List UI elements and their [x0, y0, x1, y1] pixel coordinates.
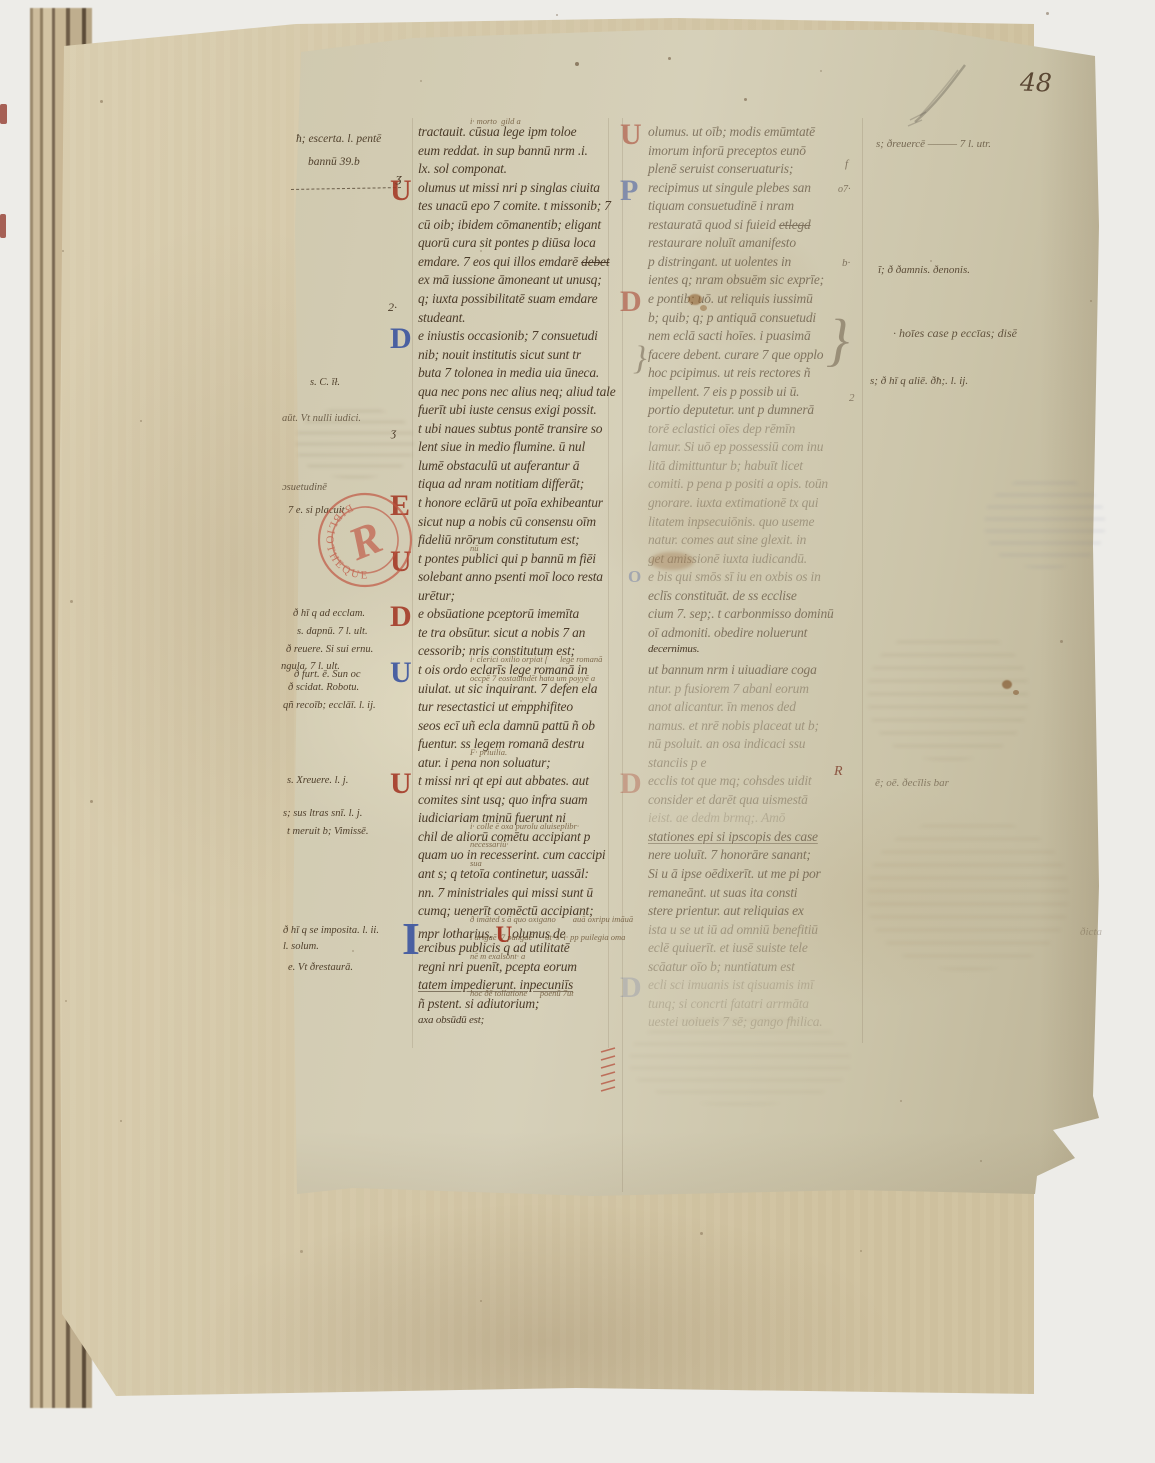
manuscript-text-line: eclē quiuerīt. et iusē suiste tele [648, 940, 808, 956]
margin-gloss-left: ð furt. ē. Sun oc [294, 669, 361, 680]
line-text: namus. et nrē nobis placeat ut b; [648, 718, 819, 733]
stain-speck [120, 1120, 122, 1122]
stain-speck [668, 57, 671, 60]
column-ruling-line [622, 118, 623, 1192]
manuscript-text-line: nn. 7 ministriales qui missi sunt ū [418, 885, 593, 901]
line-text: consider et darēt qua uismestā [648, 792, 808, 807]
stain-speck [480, 1300, 482, 1302]
illuminated-initial: O [628, 568, 641, 585]
stain-speck [820, 70, 822, 72]
line-text: imorum inforū preceptos eunō [648, 143, 806, 158]
manuscript-text-line: fuerīt ubi iuste census exigi possit. [418, 402, 597, 418]
manuscript-text-line: hoc pcipimus. ut reis rectores ñ [648, 365, 810, 381]
manuscript-text-line: te tra obsūtur. sicut a nobis 7 an [418, 625, 585, 641]
line-text: ecclis tot que mq; cohsdes uidit [648, 773, 811, 788]
line-text: nū psoluit. an osa indicaci ssu [648, 736, 805, 751]
line-text: nere uoluīt. 7 honorāre sanant; [648, 847, 811, 862]
scribal-mark: 2· [388, 300, 397, 315]
manuscript-text-line: scāatur oīo b; nuntiatum est [648, 959, 795, 975]
manuscript-text-line: lent siue in medio flumine. ū nul [418, 439, 585, 455]
manuscript-text-line: Uolumus. ut oīb; modis emūmtatē [648, 124, 815, 140]
line-text: e pontib; uō. ut reliquis iussimū [648, 291, 813, 306]
line-text: lx. sol componat. [418, 161, 507, 176]
manuscript-text-line: eum reddat. in sup bannū nrm .i. [418, 143, 588, 159]
manuscript-text-line: lx. sol componat. [418, 161, 507, 177]
interlinear-gloss: necessariū· [470, 839, 508, 849]
ink-stain [1013, 690, 1019, 695]
manuscript-text-line: i· morto gild atractauit. cūsua lege ipm… [418, 124, 576, 140]
stain-speck [100, 100, 103, 103]
stain-speck [556, 14, 558, 16]
line-text: ientes q; nram obsuēm sic exprīe; [648, 272, 824, 287]
manuscript-text-line: comites sint usq; quo infra suam [418, 792, 587, 808]
manuscript-text-line: nē m exalsont· aregni nri puenīt, pcepta… [418, 959, 577, 975]
line-text: regni nri puenīt, pcepta eorum [418, 959, 577, 974]
manuscript-text-line: De obsūatione pceptorū imemīta [418, 606, 579, 622]
line-text: recipimus ut singule plebes san [648, 180, 811, 195]
illuminated-initial: D [620, 973, 641, 1003]
ink-stain [1002, 680, 1012, 689]
line-text: lamur. Si uō ep possessiū com inu [648, 439, 823, 454]
interlinear-gloss: nē m exalsont· a [470, 951, 525, 961]
manuscript-text-line: q; iuxta possibilitatē suam emdare [418, 291, 597, 307]
line-text: e obsūatione pceptorū imemīta [418, 606, 579, 621]
pencil-marks [880, 50, 1000, 140]
line-text: facere debent. curare 7 que opplo [648, 347, 823, 362]
red-edge-mark-bottom [0, 214, 6, 238]
line-text: qua nec pons nec alius neq; aliud tale [418, 384, 615, 399]
manuscript-text-line: axa obsūdū est; [418, 1014, 484, 1026]
line-text: comites sint usq; quo infra suam [418, 792, 587, 807]
line-text: fideliū nrōrum constitutum est; [418, 532, 579, 547]
line-text: quam uo in recesserint. cum caccipi [418, 847, 605, 862]
line-text-segment: debet [581, 254, 609, 269]
line-text: litā dimittuntur b; habuīt licet [648, 458, 803, 473]
line-text: t honore eclārū ut poīa exhibeantur [418, 495, 603, 510]
line-text: axa obsūdū est; [418, 1014, 484, 1026]
ink-stain [688, 294, 702, 305]
interlinear-gloss: hoc ðē tollatione poenū 7ut [470, 988, 574, 998]
manuscript-text-line: tiquam consuetudinē i nram [648, 198, 794, 214]
manuscript-text-line: decernimus. [648, 643, 699, 655]
manuscript-text-line: stanciis p e [648, 755, 706, 771]
column-ruling-line [862, 118, 863, 1043]
scribal-mark: ʒ [396, 170, 402, 186]
stamp-monogram: R [340, 511, 388, 570]
ink-stain [700, 305, 707, 311]
manuscript-text-line: litatem inpsecuiōnis. quo useme [648, 514, 814, 530]
line-text: te tra obsūtur. sicut a nobis 7 an [418, 625, 585, 640]
line-text: p distringant. ut uolentes in [648, 254, 791, 269]
line-text: buta 7 tolonea in media uia ūneca. [418, 365, 599, 380]
manuscript-text-line: b; quib; q; p antiquā consuetudi [648, 310, 816, 326]
line-text: litatem inpsecuiōnis. quo useme [648, 514, 814, 529]
manuscript-text-line: torē eclastici oīes dep rēmīn [648, 421, 795, 437]
illuminated-initial: D [390, 602, 411, 632]
line-text: nn. 7 ministriales qui missi sunt ū [418, 885, 593, 900]
manuscript-text-line: sicut nup a nobis cū consensu oīm [418, 514, 596, 530]
interlinear-gloss: occpē 7 eostaumdēt hata um poyyē a [470, 673, 595, 683]
scribal-mark: f [845, 158, 848, 170]
line-text: ex mā iussione āmoneant ut unusq; [418, 272, 602, 287]
line-text: tes unacū epo 7 comite. t missonib; 7 [418, 198, 611, 213]
margin-gloss-left: s. Xreuere. l. j. [287, 775, 348, 786]
stain-speck [420, 80, 422, 82]
line-text: uiulat. ut sic inquirant. 7 defen ela [418, 681, 597, 696]
scribal-mark: o7· [838, 184, 851, 195]
margin-gloss-left: ð hī q ad ecclam. [293, 608, 365, 619]
manuscript-text-line: anot alicantur. īn menos ded [648, 699, 796, 715]
line-text: olumus ut missi nri p singlas ciuita [418, 180, 600, 195]
manuscript-text-line: cium 7. sep;. t carbonmisso dominū [648, 606, 834, 622]
manuscript-text-line: Uolumus ut missi nri p singlas ciuita [418, 180, 600, 196]
illuminated-initial: U [390, 658, 411, 688]
line-text: anot alicantur. īn menos ded [648, 699, 796, 714]
manuscript-text-line: t ubi naues subtus pontē transire so [418, 421, 602, 437]
interlinear-gloss: F· priuilia. [470, 747, 507, 757]
red-hatch-mark [598, 1046, 620, 1092]
manuscript-text-line: occpē 7 eostaumdēt hata um poyyē auiulat… [418, 681, 597, 697]
manuscript-text-line: quorū cura sit pontes p diūsa loca [418, 235, 596, 251]
manuscript-text-line: stationes epi si ipscopis des case [648, 829, 818, 845]
line-text: atur. i pena non soluatur; [418, 755, 550, 770]
line-text: scāatur oīo b; nuntiatum est [648, 959, 795, 974]
line-text: natur. comes aut sine glexit. in [648, 532, 806, 547]
line-text: eclē quiuerīt. et iusē suiste tele [648, 940, 808, 955]
manuscript-text-line: eclīs constituāt. de ss ecclise [648, 588, 797, 604]
manuscript-text-line: hoc ðē tollatione poenū 7utñ pstent. si … [418, 996, 539, 1012]
line-text: urētur; [418, 588, 455, 603]
illuminated-initial: P [620, 176, 638, 206]
line-text: stationes epi si ipscopis des case [648, 829, 818, 844]
manuscript-text-line: uestei uoiueis 7 sē; gango fhilica. [648, 1014, 822, 1030]
manuscript-text-line: Ut missi nri qt epi aut abbates. aut [418, 773, 589, 789]
manuscript-text-line: namus. et nrē nobis placeat ut b; [648, 718, 819, 734]
line-text: stere prientur. aut reliquias ex [648, 903, 804, 918]
line-text: eclīs constituāt. de ss ecclise [648, 588, 797, 603]
manuscript-text-line: lumē obstaculū ut auferantur ā [418, 458, 579, 474]
interlinear-gloss: nū [470, 543, 479, 553]
line-text: t ubi naues subtus pontē transire so [418, 421, 602, 436]
stain-speck [744, 98, 747, 101]
ghost-smudge [985, 478, 1105, 568]
line-text: e bis qui smōs sī iu en oxbis os in [648, 569, 821, 584]
margin-gloss-right: ðicta [1080, 926, 1102, 938]
manuscript-text-line: restaurare noluīt amanifesto [648, 235, 796, 251]
stain-speck [860, 1250, 862, 1252]
manuscript-text-line: buta 7 tolonea in media uia ūneca. [418, 365, 599, 381]
line-text: studeant. [418, 310, 465, 325]
stain-speck [62, 250, 64, 252]
manuscript-text-line: facere debent. curare 7 que opplo [648, 347, 823, 363]
manuscript-text-line: consider et darēt qua uismestā [648, 792, 808, 808]
line-text: ntur. p fusiorem 7 abanl eorum [648, 681, 809, 696]
manuscript-text-line: tiqua ad nram notitiam differāt; [418, 476, 584, 492]
manuscript-text-line: De pontib; uō. ut reliquis iussimū [648, 291, 813, 307]
manuscript-text-line: impellent. 7 eis p possib ui ū. [648, 384, 799, 400]
interlinear-gloss: ð imāted s ā quo oxigano auā oxripu imāu… [470, 914, 633, 924]
margin-gloss-left: ɔsuetudinē [282, 482, 327, 493]
line-text: gnorare. iuxta extimationē tx qui [648, 495, 818, 510]
manuscript-text-line: studeant. [418, 310, 465, 326]
line-text: t pontes publici qui p bannū m fiēi [418, 551, 596, 566]
manuscript-text-line: restauratā quod si fuieid etlegd [648, 217, 811, 233]
manuscript-text-line: suaant s; q tetoīa continetur, uassāl: [418, 866, 589, 882]
ink-stain [650, 552, 694, 570]
stain-speck [1046, 12, 1049, 15]
illuminated-initial: D [620, 769, 641, 799]
scribal-mark: ʒ [391, 425, 396, 440]
stain-speck [140, 420, 142, 422]
manuscript-text-line: cū oib; ibidem cōmanentib; eligant [418, 217, 601, 233]
line-text: restaurare noluīt amanifesto [648, 235, 796, 250]
manuscript-text-line: De iniustis occasionib; 7 consuetudi [418, 328, 598, 344]
stain-speck [352, 950, 354, 952]
manuscript-text-line: Decli sci imuanis ist qisuamis imī [648, 977, 814, 993]
stain-speck [575, 62, 579, 66]
line-text: tur resectastici ut empphifiteo [418, 699, 573, 714]
ghost-smudge [868, 630, 1028, 760]
manuscript-text-line: gnorare. iuxta extimationē tx qui [648, 495, 818, 511]
stain-speck [1060, 640, 1063, 643]
manuscript-text-line: nere uoluīt. 7 honorāre sanant; [648, 847, 811, 863]
scribal-mark: } [826, 306, 849, 373]
line-text: olumus. ut oīb; modis emūmtatē [648, 124, 815, 139]
line-text: fuerīt ubi iuste census exigi possit. [418, 402, 597, 417]
line-text: torē eclastici oīes dep rēmīn [648, 421, 795, 436]
manuscript-text-line: p distringant. ut uolentes in [648, 254, 791, 270]
stain-speck [480, 250, 482, 252]
interlinear-gloss: sua [470, 858, 482, 868]
margin-gloss-left: s. dapnū. 7 l. ult. [297, 626, 368, 637]
margin-gloss-left: s; sus ltras snī. l. j. [283, 808, 362, 819]
manuscript-text-line: Si u ā ipse oēdixerīt. ut me pi por [648, 866, 821, 882]
stain-speck [90, 800, 93, 803]
manuscript-text-line: ex mā iussione āmoneant ut unusq; [418, 272, 602, 288]
manuscript-text-line: Et honore eclārū ut poīa exhibeantur [418, 495, 603, 511]
line-text: nem eclā sacti hoīes. i puasimā [648, 328, 811, 343]
stain-speck [700, 1232, 703, 1235]
line-text: ista u se ut iū ad omniū benefitiū [648, 922, 818, 937]
illuminated-initial: D [620, 287, 641, 317]
interlinear-gloss: i· morto gild a [470, 116, 521, 126]
line-text: cium 7. sep;. t carbonmisso dominū [648, 606, 834, 621]
line-text: ant s; q tetoīa continetur, uassāl: [418, 866, 589, 881]
stain-speck [900, 1100, 902, 1102]
manuscript-text-line: qua nec pons nec alius neq; aliud tale [418, 384, 615, 400]
manuscript-scan: 48 BIBLIOTHEQUE R i· morto gild atractau… [0, 0, 1155, 1463]
line-text: sicut nup a nobis cū consensu oīm [418, 514, 596, 529]
manuscript-text-line: comiti. p pena p positi a opis. toūn [648, 476, 828, 492]
margin-gloss-left: s. C. īł. [310, 377, 340, 388]
line-text: comiti. p pena p positi a opis. toūn [648, 476, 828, 491]
margin-gloss-left: ð reuere. Si sui ernu. [286, 644, 373, 655]
manuscript-text-line: portio deputetur. unt p dumnerā [648, 402, 814, 418]
line-text: emdare. 7 eos qui illos emdarē [418, 254, 581, 269]
line-text: portio deputetur. unt p dumnerā [648, 402, 814, 417]
manuscript-text-line: Unūt pontes publici qui p bannū m fiēi [418, 551, 596, 567]
stain-speck [70, 600, 73, 603]
manuscript-text-line: emdare. 7 eos qui illos emdarē debet [418, 254, 609, 270]
line-text-segment: etlegd [779, 217, 811, 232]
margin-gloss-right: ē; oē. ðecīlis bar [875, 777, 949, 789]
line-text: b; quib; q; p antiquā consuetudi [648, 310, 816, 325]
manuscript-text-line: Precipimus ut singule plebes san [648, 180, 811, 196]
line-text: impellent. 7 eis p possib ui ū. [648, 384, 799, 399]
scribal-mark: b· [842, 257, 850, 269]
line-text: ieist. ae dedm brmq;. Amō [648, 810, 785, 825]
margin-gloss-right: s; ð hī q aliē. ðħ;. l. ij. [870, 375, 968, 387]
manuscript-text-line: remaneānt. ut suas ita consti [648, 885, 797, 901]
margin-gloss-left: ð scidat. Robotu. [288, 682, 359, 693]
line-text: solebant anno psenti moī loco resta [418, 569, 603, 584]
illuminated-initial: D [390, 324, 411, 354]
manuscript-text-line: fideliū nrōrum constitutum est; [418, 532, 579, 548]
manuscript-text-line: necessariū·quam uo in recesserint. cum c… [418, 847, 605, 863]
line-text: ñ pstent. si adiutorium; [418, 996, 539, 1011]
margin-gloss-left: e. Vt ðrestaurā. [288, 962, 353, 973]
manuscript-text-line: tur resectastici ut empphifiteo [418, 699, 573, 715]
manuscript-text-line: ientes q; nram obsuēm sic exprīe; [648, 272, 824, 288]
margin-gloss-left: aūt. Vt nulli iudici. [282, 413, 361, 424]
margin-gloss-left: qñ recoīb; ecclāī. l. ij. [283, 700, 376, 711]
margin-gloss-right: · hoīes case p eccīas; disē [893, 326, 1017, 341]
line-text: lumē obstaculū ut auferantur ā [418, 458, 579, 473]
manuscript-text-line: ista u se ut iū ad omniū benefitiū [648, 922, 818, 938]
manuscript-text-line: seos ecī uñ ecla damnū pattū ñ ob [418, 718, 595, 734]
stain-speck [300, 1250, 303, 1253]
manuscript-text-line: plenē seruist conseruaturis; [648, 161, 793, 177]
manuscript-text-line: nib; nouit institutis sicut sunt tr [418, 347, 581, 363]
manuscript-text-line: tes unacū epo 7 comite. t missonib; 7 [418, 198, 611, 214]
manuscript-text-line: nū psoluit. an osa indicaci ssu [648, 736, 805, 752]
library-stamp: BIBLIOTHEQUE R [302, 477, 427, 602]
line-text: eum reddat. in sup bannū nrm .i. [418, 143, 588, 158]
interlinear-gloss: i· clerici oxilio orpiat ſ lege romanā [470, 654, 602, 664]
manuscript-text-line: imorum inforū preceptos eunō [648, 143, 806, 159]
line-text: nib; nouit institutis sicut sunt tr [418, 347, 581, 362]
manuscript-text-line: stere prientur. aut reliquias ex [648, 903, 804, 919]
line-text: decernimus. [648, 643, 699, 655]
line-text: plenē seruist conseruaturis; [648, 161, 793, 176]
manuscript-text-line: urētur; [418, 588, 455, 604]
manuscript-text-line: Oe bis qui smōs sī iu en oxbis os in [648, 569, 821, 585]
scribal-mark: R [834, 764, 843, 780]
manuscript-text-line: F· priuilia.atur. i pena non soluatur; [418, 755, 550, 771]
scribal-mark: 2 [849, 392, 855, 404]
scribal-mark: } [633, 340, 647, 378]
manuscript-text-line: natur. comes aut sine glexit. in [648, 532, 806, 548]
manuscript-text-line: oī admoniti. obedire noluerunt [648, 625, 807, 641]
interlinear-gloss: i arigaē 7 pangaē ut· s· i· pp puilegia … [470, 932, 625, 942]
line-text: quorū cura sit pontes p diūsa loca [418, 235, 596, 250]
manuscript-text-line: nem eclā sacti hoīes. i puasimā [648, 328, 811, 344]
stain-speck [65, 1000, 67, 1002]
line-text: t missi nri qt epi aut abbates. aut [418, 773, 589, 788]
margin-gloss-left: ħ; escerta. l. pentē [296, 133, 381, 145]
line-text: tiqua ad nram notitiam differāt; [418, 476, 584, 491]
manuscript-text-line: lamur. Si uō ep possessiū com inu [648, 439, 823, 455]
margin-gloss-left: l. solum. [283, 941, 319, 952]
margin-gloss-left: ð hī q se imposita. l. ii. [283, 925, 379, 936]
line-text: stanciis p e [648, 755, 706, 770]
manuscript-text-line: ut bannum nrm i uiuadiare coga [648, 662, 817, 678]
illuminated-initial: U [620, 120, 641, 150]
line-text: uestei uoiueis 7 sē; gango fhilica. [648, 1014, 822, 1029]
line-text: restauratā quod si fuieid [648, 217, 779, 232]
stain-speck [1090, 300, 1092, 302]
line-text: seos ecī uñ ecla damnū pattū ñ ob [418, 718, 595, 733]
line-text: tunq; si concrti fatatri arrmāta [648, 996, 809, 1011]
line-text: ut bannum nrm i uiuadiare coga [648, 662, 817, 677]
manuscript-text-line: Decclis tot que mq; cohsdes uidit [648, 773, 811, 789]
stain-speck [520, 700, 522, 702]
line-text: hoc pcipimus. ut reis rectores ñ [648, 365, 810, 380]
line-text: cū oib; ibidem cōmanentib; eligant [418, 217, 601, 232]
manuscript-text-line: tunq; si concrti fatatri arrmāta [648, 996, 809, 1012]
line-text: remaneānt. ut suas ita consti [648, 885, 797, 900]
line-text: tiquam consuetudinē i nram [648, 198, 794, 213]
line-text: tractauit. cūsua lege ipm toloe [418, 124, 576, 139]
manuscript-text-line: ntur. p fusiorem 7 abanl eorum [648, 681, 809, 697]
manuscript-text-line: solebant anno psenti moī loco resta [418, 569, 603, 585]
line-text: ecli sci imuanis ist qisuamis imī [648, 977, 814, 992]
manuscript-text-line: ieist. ae dedm brmq;. Amō [648, 810, 785, 826]
stain-speck [980, 1160, 982, 1162]
margin-gloss-right: ĩ; ð ðamnis. ðenonis. [878, 264, 970, 276]
line-text: e iniustis occasionib; 7 consuetudi [418, 328, 598, 343]
ghost-smudge [868, 820, 1068, 970]
manuscript-text-line: litā dimittuntur b; habuīt licet [648, 458, 803, 474]
stain-speck [930, 260, 932, 262]
margin-gloss-left: t meruit b; Vimissē. [287, 826, 368, 837]
line-text: Si u ā ipse oēdixerīt. ut me pi por [648, 866, 821, 881]
margin-gloss-left: bannū 39.b [308, 156, 360, 168]
red-edge-mark-top [0, 104, 7, 124]
illuminated-initial: U [390, 769, 411, 799]
line-text: q; iuxta possibilitatē suam emdare [418, 291, 597, 306]
line-text: oī admoniti. obedire noluerunt [648, 625, 807, 640]
interlinear-gloss: i· colle ē oxa purolu aluiseplibr· [470, 821, 579, 831]
margin-gloss-right: s; ðreuercē ——— 7 l. utr. [876, 138, 991, 150]
line-text: lent siue in medio flumine. ū nul [418, 439, 585, 454]
folio-number: 48 [1020, 67, 1053, 97]
